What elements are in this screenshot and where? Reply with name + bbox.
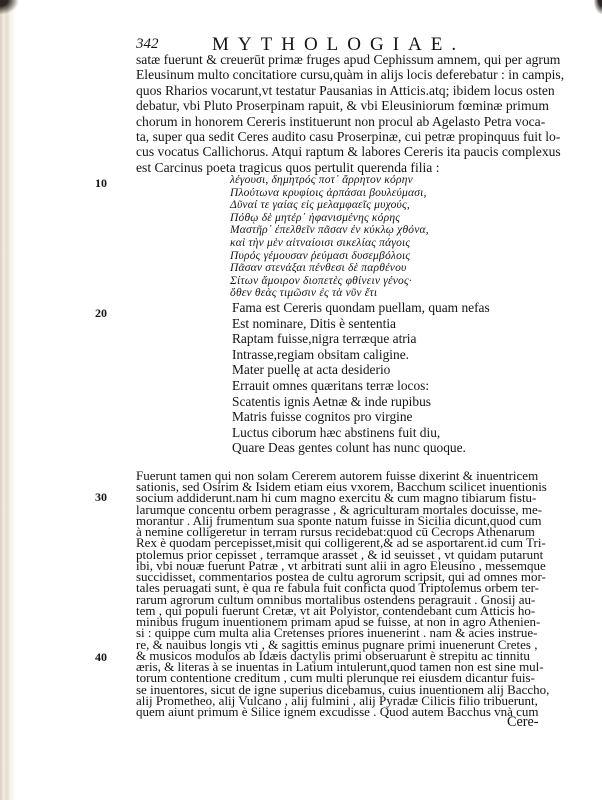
margin-line-number: 20 (95, 306, 107, 321)
text-line: quos Rharios vocarunt,vt testatur Pausan… (136, 83, 555, 98)
latin-verse-line: Intrasse,regiam obsitam caligine. (232, 347, 409, 362)
greek-verse-line: Πυρός γέμουσαν ῥεύμασι δυσεμβόλοις (230, 250, 410, 262)
latin-verse-line: Est nominare, Ditis è sententia (232, 316, 396, 331)
text-line: cus vocatus Callichorus. Atqui raptum & … (136, 144, 561, 159)
margin-line-number: 10 (95, 176, 107, 191)
book-page-edge (0, 0, 16, 800)
running-head: 342 MYTHOLOGIAE. (136, 34, 596, 54)
greek-verse-line: καὶ τὴν μὲν αἰτναίοισι σικελίας πάγοις (230, 237, 410, 249)
greek-verse-line: Πλούτωνα κρυφίοις ἁρπάσαι βουλεύμασι, (230, 187, 427, 199)
scan-shadow-right (594, 0, 602, 14)
latin-verse-line: Fama est Cereris quondam puellam, quam n… (232, 300, 490, 315)
text-line: Eleusinum multo concitatiore cursu,quàm … (136, 67, 564, 82)
latin-verse-line: Raptam fuisse,nigra terræque atria (232, 331, 416, 346)
text-line: debatur, vbi Pluto Proserpinam rapuit, &… (136, 98, 549, 113)
scan-shadow-left (0, 0, 18, 14)
greek-verse-line: Δῦναί τε γαίας εἰς μελαμφαεῖς μυχούς, (230, 199, 410, 211)
latin-verse-line: Matris fuisse cognitos pro virgine (232, 409, 413, 424)
text-line: satæ fuerunt & creuerūt primæ fruges apu… (136, 52, 560, 67)
greek-verse-line: Πᾶσαν στενάξαι πένθεσι δὲ παρθένου (230, 262, 407, 274)
text-line: chorum in honorem Cereris instituerunt n… (136, 114, 545, 129)
greek-verse-line: λέγουσι, δημητρός ποτ᾽ ἄρρητον κόρην (230, 174, 413, 186)
latin-verse-line: Luctus ciborum hæc abstinens fuit diu, (232, 425, 440, 440)
text-line: ta, super qua sedit Ceres audito casu Pr… (136, 129, 560, 144)
greek-verse-line: Μαστῆρ᾽ ἐπελθεῖν πᾶσαν ἐν κύκλῳ χθόνα, (230, 224, 429, 236)
latin-verse-line: Quare Deas gentes colunt has nunc quoque… (232, 440, 466, 455)
greek-verse-line: ὅθεν θεὰς τιμῶσιν ἐς τὰ νῦν ἔτι (230, 287, 377, 299)
text-line: est Carcinus poeta tragicus quos pertuli… (136, 160, 440, 175)
greek-verse-line: Πόθῳ δὲ μητέρ᾽ ἠφανισμένης κόρης (230, 212, 400, 224)
text-line: quem aiunt primum è Silice ignem excudis… (136, 706, 539, 718)
latin-verse-line: Errauit omnes quæritans terræ locos: (232, 378, 429, 393)
margin-line-number: 30 (95, 490, 107, 505)
latin-verse-line: Mater puellę at acta desiderio (232, 362, 390, 377)
margin-line-number: 40 (95, 650, 107, 665)
greek-verse-line: Σίτων ἄμοιρον διοπετὲς φθίνειν γένος· (230, 275, 412, 287)
catchword: Cere- (507, 714, 539, 731)
latin-verse-line: Scatentis ignis Aetnæ & inde rupibus (232, 394, 431, 409)
page-number: 342 (136, 36, 159, 53)
